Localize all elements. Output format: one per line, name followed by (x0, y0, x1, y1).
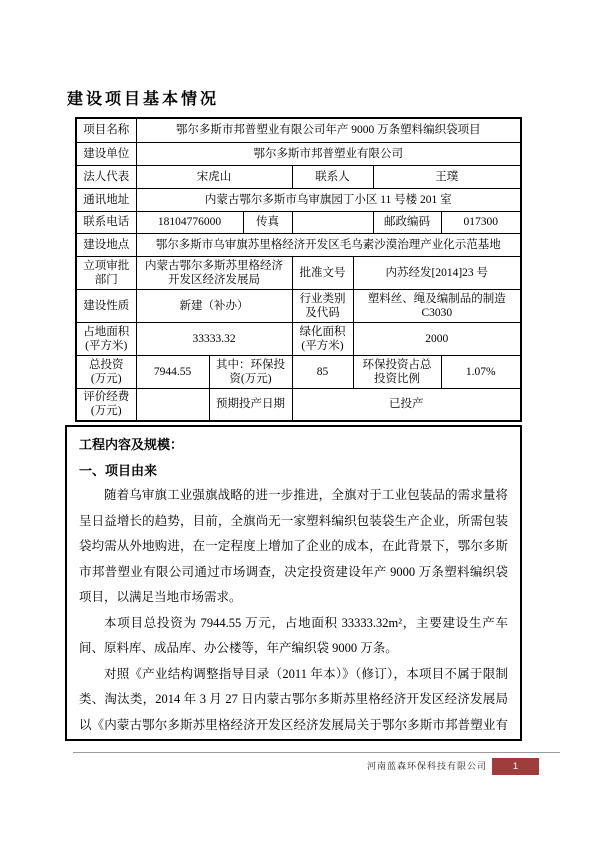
industry-value: 塑料丝、绳及编制品的制造 C3030 (353, 289, 521, 322)
area-label: 占地面积 (平方米) (76, 322, 136, 355)
legal-rep-label: 法人代表 (76, 165, 136, 188)
zip-value: 017300 (441, 211, 521, 233)
row-project-name: 项目名称 鄂尔多斯市邦普塑业有限公司年产 9000 万条塑料编织袋项目 (76, 118, 521, 142)
row-nature: 建设性质 新建（补办） 行业类别 及代码 塑料丝、绳及编制品的制造 C3030 (76, 289, 521, 322)
eval-cost-value (136, 388, 209, 421)
row-eval-cost: 评价经费 (万元) 预期投产日期 已投产 (76, 388, 521, 421)
row-area: 占地面积 (平方米) 33333.32 绿化面积 (平方米) 2000 (76, 322, 521, 355)
project-name-value: 鄂尔多斯市邦普塑业有限公司年产 9000 万条塑料编织袋项目 (136, 118, 521, 142)
row-construction-unit: 建设单位 鄂尔多斯市邦普塑业有限公司 (76, 142, 521, 165)
row-approval: 立项审批 部门 内蒙古鄂尔多斯苏里格经济 开发区经济发展局 批准文号 内苏经发[… (76, 256, 521, 289)
construction-unit-label: 建设单位 (76, 142, 136, 165)
project-content-section: 工程内容及规模： 一、项目由来 随着乌审旗工业强旗战略的进一步推进，全旗对于工业… (65, 425, 522, 741)
contact-label: 联系人 (292, 165, 373, 188)
footer-company-name: 河南蓝森环保科技有限公司 (367, 757, 487, 775)
area-value: 33333.32 (136, 322, 292, 355)
page-number-badge: 1 (492, 758, 539, 775)
approval-dept-value: 内蒙古鄂尔多斯苏里格经济 开发区经济发展局 (136, 256, 292, 289)
paragraph-policy-compliance: 对照《产业结构调整指导目录（2011 年本）》（修订），本项目不属于限制类、淘汰… (79, 662, 508, 742)
project-name-label: 项目名称 (76, 118, 136, 142)
construction-unit-value: 鄂尔多斯市邦普塑业有限公司 (136, 142, 521, 165)
nature-label: 建设性质 (76, 289, 136, 322)
address-value: 内蒙古鄂尔多斯市乌审旗园丁小区 11 号楼 201 室 (136, 188, 521, 211)
footer-divider (73, 752, 560, 753)
page-footer: 河南蓝森环保科技有限公司 1 (367, 757, 539, 775)
address-label: 通讯地址 (76, 188, 136, 211)
investment-value: 7944.55 (136, 355, 209, 388)
production-date-label: 预期投产日期 (209, 388, 292, 421)
document-title: 建设项目基本情况 (67, 86, 219, 109)
nature-value: 新建（补办） (136, 289, 292, 322)
eval-cost-label: 评价经费 (万元) (76, 388, 136, 421)
phone-value: 18104776000 (136, 211, 243, 233)
approval-dept-label: 立项审批 部门 (76, 256, 136, 289)
approval-doc-label: 批准文号 (292, 256, 353, 289)
site-value: 鄂尔多斯市乌审旗苏里格经济开发区毛乌素沙漠治理产业化示范基地 (136, 233, 521, 256)
contact-value: 王璞 (373, 165, 521, 188)
legal-rep-value: 宋虎山 (136, 165, 292, 188)
section-heading: 工程内容及规模： (79, 432, 508, 457)
env-investment-value: 85 (292, 355, 353, 388)
row-address: 通讯地址 内蒙古鄂尔多斯市乌审旗园丁小区 11 号楼 201 室 (76, 188, 521, 211)
fax-label: 传真 (243, 211, 292, 233)
row-legal-rep: 法人代表 宋虎山 联系人 王璞 (76, 165, 521, 188)
site-label: 建设地点 (76, 233, 136, 256)
paragraph-investment-summary: 本项目总投资为 7944.55 万元，占地面积 33333.32m²，主要建设生… (79, 611, 508, 662)
subsection-heading: 一、项目由来 (79, 458, 508, 483)
row-phone: 联系电话 18104776000 传真 邮政编码 017300 (76, 211, 521, 233)
env-ratio-value: 1.07% (441, 355, 521, 388)
phone-label: 联系电话 (76, 211, 136, 233)
row-site: 建设地点 鄂尔多斯市乌审旗苏里格经济开发区毛乌素沙漠治理产业化示范基地 (76, 233, 521, 256)
green-area-label: 绿化面积 (平方米) (292, 322, 353, 355)
production-date-value: 已投产 (292, 388, 521, 421)
investment-label: 总投资 (万元) (76, 355, 136, 388)
paragraph-project-origin: 随着乌审旗工业强旗战略的进一步推进，全旗对于工业包装品的需求量将呈日益增长的趋势… (79, 483, 508, 611)
industry-label: 行业类别 及代码 (292, 289, 353, 322)
approval-doc-value: 内苏经发[2014]23 号 (353, 256, 521, 289)
env-investment-label: 其中：环保投 资(万元) (209, 355, 292, 388)
zip-label: 邮政编码 (373, 211, 441, 233)
green-area-value: 2000 (353, 322, 521, 355)
document-page: 建设项目基本情况 项目名称 鄂尔多斯市邦普塑业有限公司年产 9000 万条塑料编… (0, 0, 595, 841)
project-info-table: 项目名称 鄂尔多斯市邦普塑业有限公司年产 9000 万条塑料编织袋项目 建设单位… (75, 117, 522, 422)
row-investment: 总投资 (万元) 7944.55 其中：环保投 资(万元) 85 环保投资占总 … (76, 355, 521, 388)
env-ratio-label: 环保投资占总 投资比例 (353, 355, 441, 388)
fax-value (292, 211, 373, 233)
